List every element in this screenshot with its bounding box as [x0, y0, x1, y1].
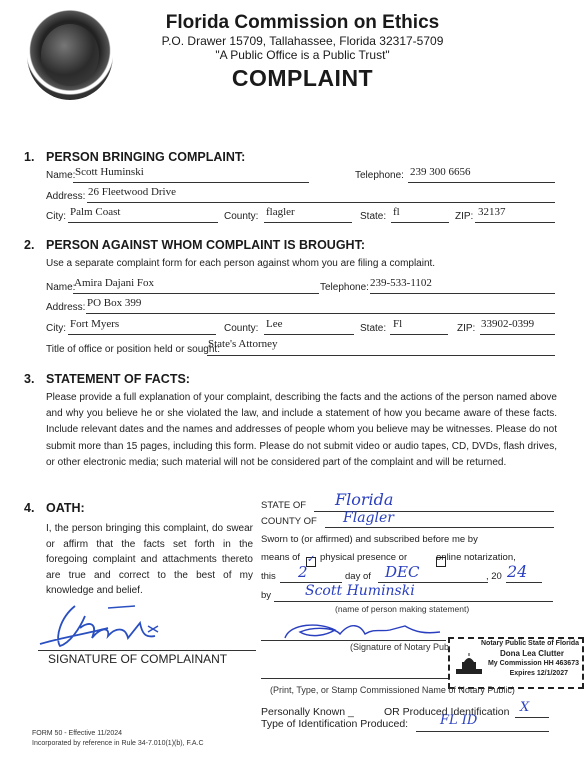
by-label: by [261, 590, 271, 601]
notary-county-line [325, 527, 554, 528]
notary-signature-caption: (Signature of Notary Public) [350, 642, 461, 652]
notary-signature-line [261, 640, 446, 641]
s2-zip-line [480, 334, 555, 335]
month-field[interactable]: DEC [385, 563, 419, 581]
s1-zip-line [475, 222, 555, 223]
section-3-number: 3. [24, 372, 34, 386]
s1-city-line [68, 222, 218, 223]
s2-zip-label: ZIP: [457, 323, 475, 334]
s2-name-field[interactable]: Amira Dajani Fox [74, 277, 154, 289]
s2-name-label: Name: [46, 282, 75, 293]
s2-instruction: Use a separate complaint form for each p… [46, 258, 435, 269]
s2-title-line [207, 355, 555, 356]
s2-city-line [68, 334, 216, 335]
s1-telephone-line [408, 182, 555, 183]
s1-zip-label: ZIP: [455, 211, 473, 222]
s2-address-line [86, 313, 555, 314]
by-line [274, 601, 553, 602]
by-field[interactable]: Scott Huminski [305, 583, 415, 599]
complainant-signature-icon [30, 598, 250, 658]
section-2-title: PERSON AGAINST WHOM COMPLAINT IS BROUGHT… [46, 238, 365, 252]
s2-title-field[interactable]: State's Attorney [208, 338, 278, 350]
s1-address-field[interactable]: 26 Fleetwood Drive [88, 186, 176, 198]
notary-state-label: STATE OF [261, 500, 306, 511]
section-1-title: PERSON BRINGING COMPLAINT: [46, 150, 245, 164]
s2-title-label: Title of office or position held or soug… [46, 344, 220, 355]
s2-county-label: County: [224, 323, 258, 334]
capitol-building-icon [454, 653, 484, 675]
s1-name-field[interactable]: Scott Huminski [75, 166, 144, 178]
agency-motto: "A Public Office is a Public Trust" [0, 48, 585, 62]
year-prefix: , 20 [486, 571, 502, 582]
section-4-number: 4. [24, 501, 34, 515]
day-field[interactable]: 2 [298, 563, 308, 581]
s2-city-label: City: [46, 323, 66, 334]
notary-state-field[interactable]: Florida [335, 490, 393, 509]
s2-county-line [264, 334, 354, 335]
s1-address-line [87, 202, 555, 203]
agency-name: Florida Commission on Ethics [0, 12, 585, 34]
oath-text: I, the person bringing this complaint, d… [46, 521, 253, 599]
section-2-number: 2. [24, 238, 34, 252]
means-label: means of [261, 552, 300, 563]
form-number: FORM 50 - Effective 11/2024 [32, 730, 122, 737]
print-name-caption: (Print, Type, or Stamp Commissioned Name… [270, 685, 515, 695]
s1-county-label: County: [224, 211, 258, 222]
s1-city-label: City: [46, 211, 66, 222]
physical-presence-label: physical presence or [320, 552, 407, 563]
id-type-field[interactable]: FL ID [440, 713, 477, 728]
s2-address-field[interactable]: PO Box 399 [87, 297, 141, 309]
s2-state-label: State: [360, 323, 386, 334]
s1-state-label: State: [360, 211, 386, 222]
s1-telephone-label: Telephone: [355, 170, 404, 181]
section-1-number: 1. [24, 150, 34, 164]
id-type-label: Type of Identification Produced: [261, 718, 408, 730]
s2-county-field[interactable]: Lee [266, 318, 282, 330]
s1-name-label: Name: [46, 170, 75, 181]
section-3-title: STATEMENT OF FACTS: [46, 372, 190, 386]
personally-known-label[interactable]: Personally Known _ [261, 706, 354, 718]
s2-state-field[interactable]: Fl [393, 318, 402, 330]
produced-id-line [515, 717, 549, 718]
s1-city-field[interactable]: Palm Coast [70, 206, 120, 218]
print-name-line [261, 678, 448, 679]
stamp-line-1: Notary Public State of Florida [450, 639, 582, 649]
agency-address: P.O. Drawer 15709, Tallahassee, Florida … [0, 34, 585, 48]
s2-zip-field[interactable]: 33902-0399 [481, 318, 534, 330]
s1-state-line [391, 222, 449, 223]
notary-county-label: COUNTY OF [261, 516, 317, 527]
produced-id-field[interactable]: X [520, 700, 529, 715]
name-caption: (name of person making statement) [335, 604, 469, 614]
s2-city-field[interactable]: Fort Myers [70, 318, 119, 330]
signature-caption: SIGNATURE OF COMPLAINANT [48, 652, 227, 666]
notary-stamp: Notary Public State of Florida Dona Lea … [448, 637, 584, 689]
s2-state-line [390, 334, 448, 335]
s2-telephone-line [370, 293, 555, 294]
s1-state-field[interactable]: fl [393, 206, 400, 218]
s2-name-line [73, 293, 319, 294]
signature-line [38, 650, 256, 651]
s1-county-field[interactable]: flagler [266, 206, 295, 218]
section-4-title: OATH: [46, 501, 85, 515]
s1-zip-field[interactable]: 32137 [478, 206, 506, 218]
s2-telephone-field[interactable]: 239-533-1102 [370, 277, 432, 289]
s1-telephone-field[interactable]: 239 300 6656 [410, 166, 471, 178]
rule-reference: Incorporated by reference in Rule 34-7.0… [32, 740, 204, 747]
s1-county-line [264, 222, 352, 223]
id-type-line [416, 731, 549, 732]
notary-county-field[interactable]: Flagler [343, 510, 394, 526]
day-of-label: day of [345, 571, 371, 582]
this-label: this [261, 571, 276, 582]
s2-telephone-label: Telephone: [320, 282, 369, 293]
statement-instructions: Please provide a full explanation of you… [46, 390, 557, 471]
s1-name-line [73, 182, 309, 183]
s1-address-label: Address: [46, 191, 85, 202]
online-notarization-label: online notarization, [436, 552, 516, 563]
sworn-text: Sworn to (or affirmed) and subscribed be… [261, 534, 478, 545]
form-title: COMPLAINT [0, 65, 585, 92]
year-field[interactable]: 24 [507, 562, 527, 581]
year-line [506, 582, 542, 583]
s2-address-label: Address: [46, 302, 85, 313]
